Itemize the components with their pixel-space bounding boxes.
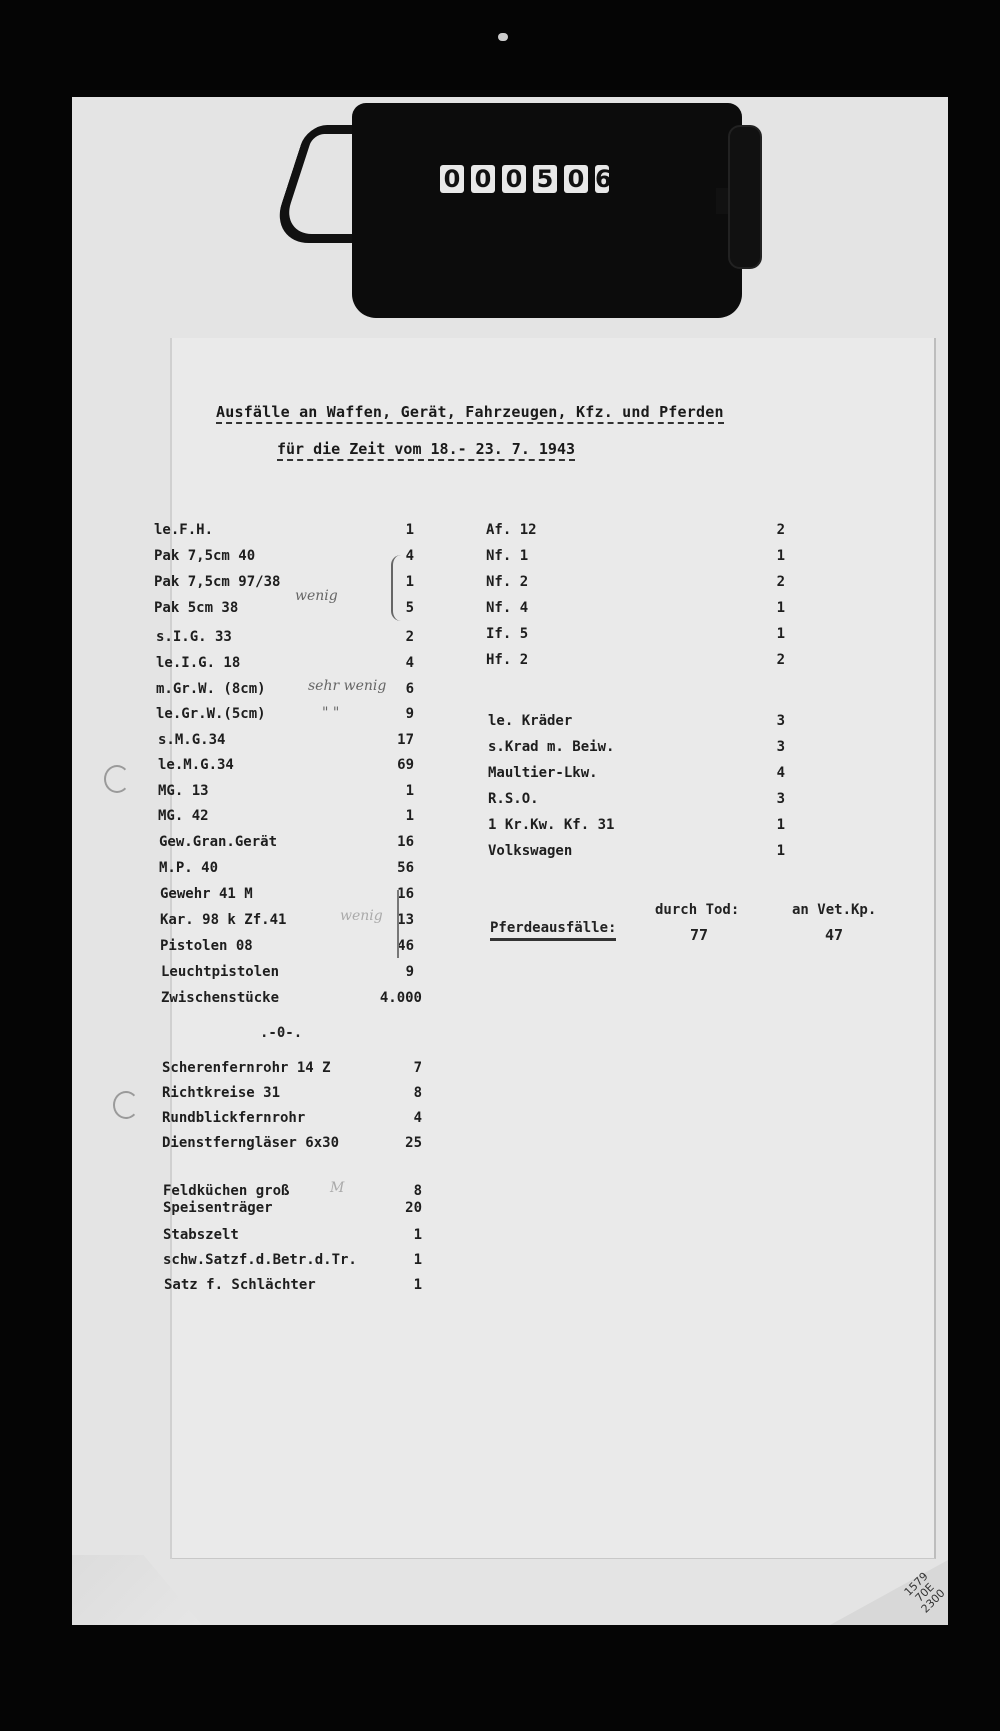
item-label: s.I.G. 33 <box>156 629 232 645</box>
item-value: 17 <box>380 732 414 748</box>
item-value: 16 <box>380 834 414 850</box>
item-label: Nf. 1 <box>486 548 528 564</box>
item-value: 4 <box>755 765 785 781</box>
item-label: R.S.O. <box>488 791 539 807</box>
item-value: 1 <box>388 1227 422 1243</box>
item-label: Pistolen 08 <box>160 938 253 954</box>
item-value: 2 <box>755 652 785 668</box>
item-label: Speisenträger <box>163 1200 273 1216</box>
item-value: 2 <box>380 629 414 645</box>
horse-losses-label: Pferdeausfälle: <box>490 920 616 941</box>
item-value: 1 <box>755 817 785 833</box>
item-label: Richtkreise 31 <box>162 1085 280 1101</box>
item-value: 1 <box>755 548 785 564</box>
handwritten-note: M <box>330 1180 344 1196</box>
item-label: If. 5 <box>486 626 528 642</box>
item-label: s.M.G.34 <box>158 732 225 748</box>
item-value: 3 <box>755 739 785 755</box>
item-value: 1 <box>755 600 785 616</box>
item-label: Nf. 4 <box>486 600 528 616</box>
handwritten-note: sehr wenig <box>308 678 386 694</box>
item-label: Volkswagen <box>488 843 572 859</box>
item-label: Dienstferngläser 6x30 <box>162 1135 339 1151</box>
item-label: Nf. 2 <box>486 574 528 590</box>
item-value: 2 <box>755 574 785 590</box>
item-value: 4.000 <box>360 990 422 1006</box>
item-label: Gew.Gran.Gerät <box>159 834 277 850</box>
item-label: schw.Satzf.d.Betr.d.Tr. <box>163 1252 357 1268</box>
handwritten-note: wenig <box>340 908 383 924</box>
death-header: durch Tod: <box>655 902 739 918</box>
death-value: 77 <box>690 926 708 944</box>
handwritten-margin-line <box>397 890 399 958</box>
item-label: m.Gr.W. (8cm) <box>156 681 266 697</box>
item-label: Stabszelt <box>163 1227 239 1243</box>
item-label: Maultier-Lkw. <box>488 765 598 781</box>
item-value: 69 <box>380 757 414 773</box>
section-separator: .-0-. <box>260 1025 302 1041</box>
item-label: Pak 5cm 38 <box>154 600 238 616</box>
item-label: Satz f. Schlächter <box>164 1277 316 1293</box>
counter-digit: 0 <box>564 165 588 193</box>
item-label: Pak 7,5cm 40 <box>154 548 255 564</box>
item-label: Rundblickfernrohr <box>162 1110 305 1126</box>
counter-knob <box>728 125 762 269</box>
item-label: s.Krad m. Beiw. <box>488 739 614 755</box>
item-label: le.Gr.W.(5cm) <box>156 706 266 722</box>
item-value: 9 <box>380 706 414 722</box>
item-value: 3 <box>755 713 785 729</box>
item-value: 2 <box>755 522 785 538</box>
item-label: 1 Kr.Kw. Kf. 31 <box>488 817 614 833</box>
vet-value: 47 <box>825 926 843 944</box>
item-label: Leuchtpistolen <box>161 964 279 980</box>
item-value: 1 <box>380 522 414 538</box>
item-value: 1 <box>755 843 785 859</box>
handwritten-bracket <box>391 555 403 621</box>
counter-digit: 6 <box>595 165 609 193</box>
item-value: 20 <box>388 1200 422 1216</box>
document-subtitle: für die Zeit vom 18.- 23. 7. 1943 <box>277 440 575 461</box>
document-title: Ausfälle an Waffen, Gerät, Fahrzeugen, K… <box>216 403 724 424</box>
item-value: 56 <box>380 860 414 876</box>
item-value: 1 <box>388 1277 422 1293</box>
handwritten-note: wenig <box>295 588 338 604</box>
item-label: Scherenfernrohr 14 Z <box>162 1060 331 1076</box>
frame-counter <box>352 103 742 318</box>
item-label: MG. 13 <box>158 783 209 799</box>
counter-digit: 0 <box>502 165 526 193</box>
document-sheet <box>172 338 936 1559</box>
item-label: le.I.G. 18 <box>156 655 240 671</box>
item-label: Af. 12 <box>486 522 537 538</box>
item-value: 25 <box>388 1135 422 1151</box>
item-label: M.P. 40 <box>159 860 218 876</box>
handwritten-ditto: " " <box>322 705 339 721</box>
item-label: le. Kräder <box>488 713 572 729</box>
counter-digit: 0 <box>471 165 495 193</box>
item-value: 7 <box>388 1060 422 1076</box>
item-label: Kar. 98 k Zf.41 <box>160 912 286 928</box>
vet-header: an Vet.Kp. <box>792 902 876 918</box>
counter-digit: 0 <box>440 165 464 193</box>
item-label: Pak 7,5cm 97/38 <box>154 574 280 590</box>
item-value: 8 <box>388 1183 422 1199</box>
item-value: 1 <box>380 783 414 799</box>
item-label: le.F.H. <box>154 522 213 538</box>
item-label: MG. 42 <box>158 808 209 824</box>
item-label: Gewehr 41 M <box>160 886 253 902</box>
item-value: 3 <box>755 791 785 807</box>
item-label: le.M.G.34 <box>158 757 234 773</box>
counter-digit: 5 <box>533 165 557 193</box>
item-value: 4 <box>388 1110 422 1126</box>
counter-digits: 0 0 0 5 0 6 <box>440 165 609 193</box>
item-value: 9 <box>380 964 414 980</box>
item-value: 1 <box>388 1252 422 1268</box>
film-mark <box>498 33 508 41</box>
item-value: 1 <box>380 808 414 824</box>
item-label: Zwischenstücke <box>161 990 279 1006</box>
item-label: Hf. 2 <box>486 652 528 668</box>
item-value: 4 <box>380 655 414 671</box>
item-value: 1 <box>755 626 785 642</box>
punch-hole <box>104 765 130 793</box>
punch-hole <box>113 1091 139 1119</box>
item-label: Feldküchen groß <box>163 1183 289 1199</box>
item-value: 8 <box>388 1085 422 1101</box>
